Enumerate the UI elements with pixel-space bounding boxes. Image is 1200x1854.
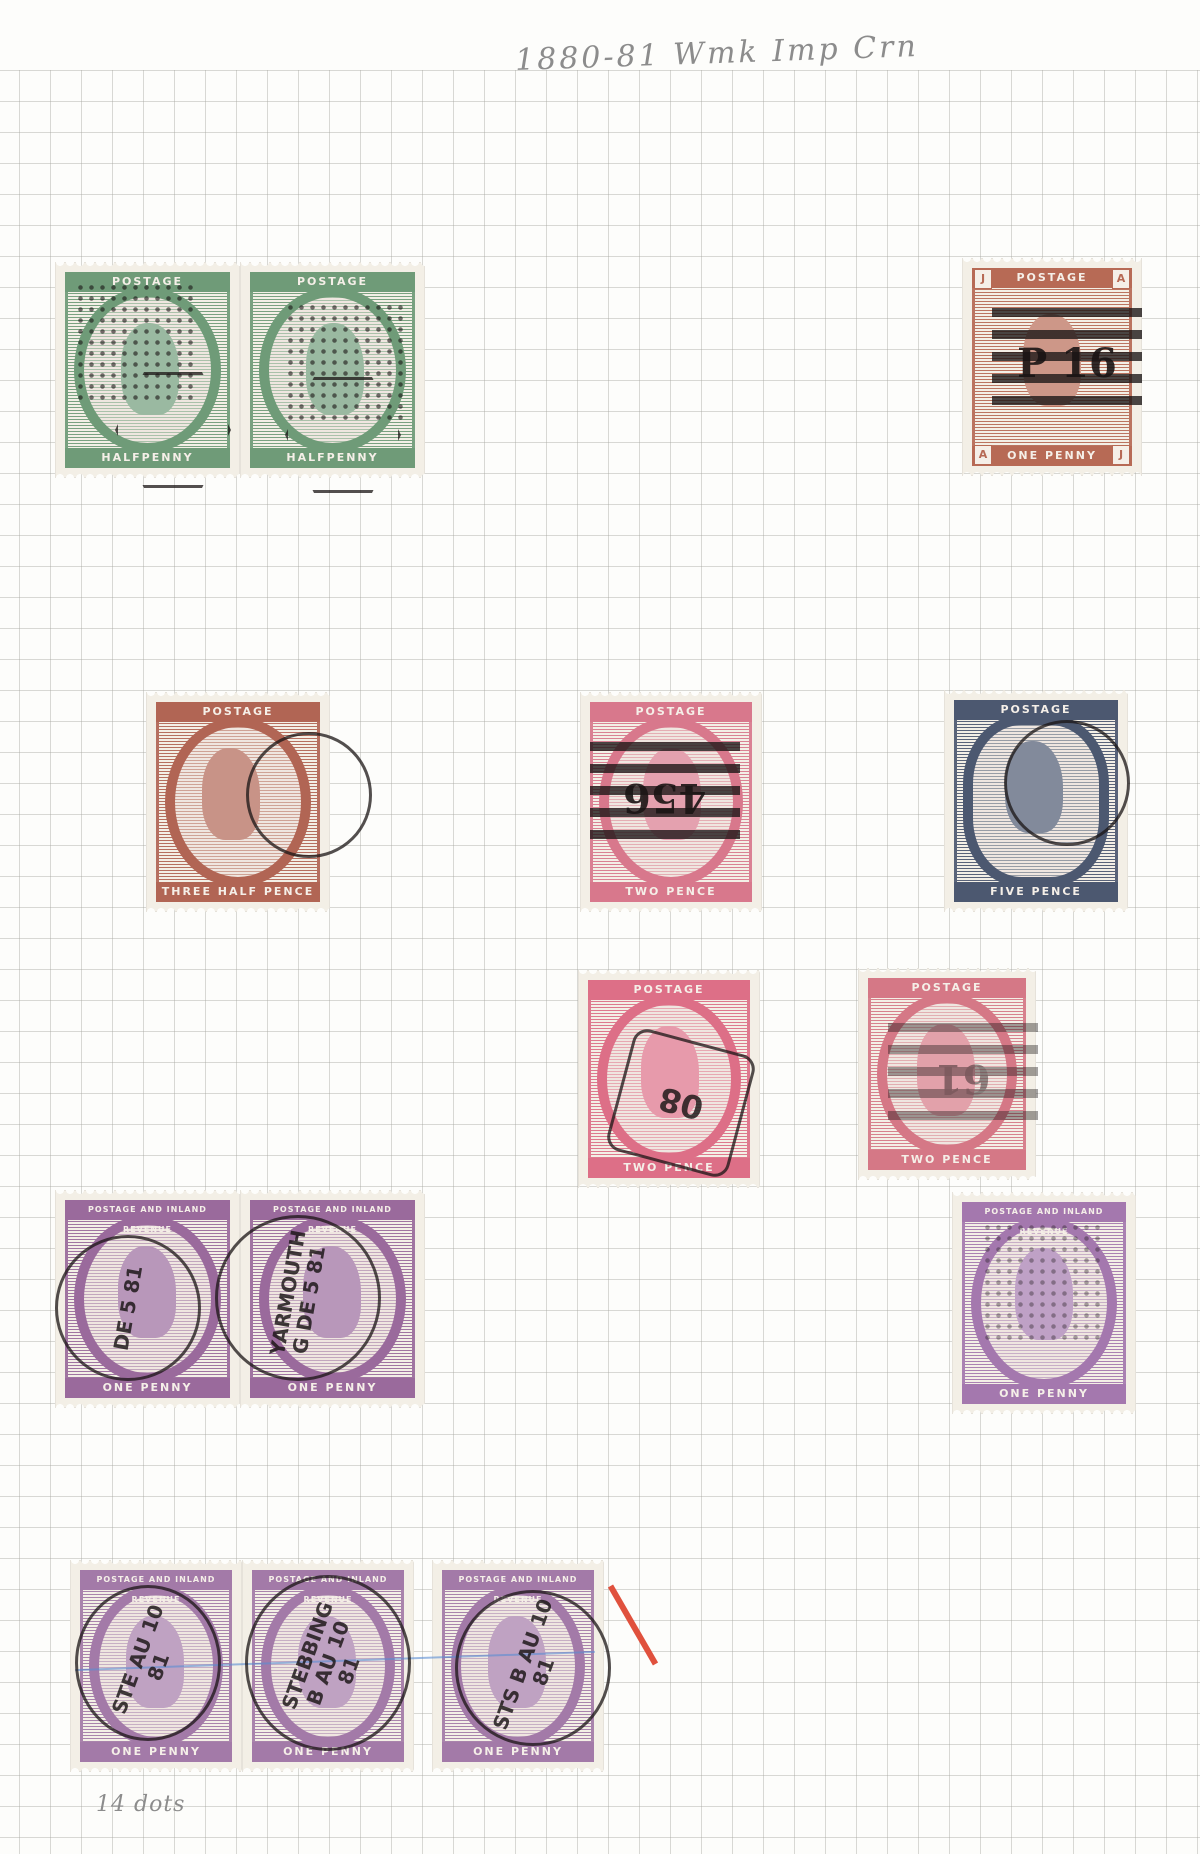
stamp-two-pence: POSTAGE TWO PENCE [858,968,1036,1180]
queen-portrait [202,748,260,840]
queen-portrait [121,323,179,415]
one-penny-lilac-single: POSTAGE AND INLAND REVENUE ONE PENNY [952,1192,1136,1414]
check-letter: A [1112,269,1130,289]
stamp-one-penny-lilac: POSTAGE AND INLAND REVENUE ONE PENNY [55,1190,240,1408]
stamp-five-pence: POSTAGE FIVE PENCE [944,690,1128,912]
queen-portrait [126,1616,184,1708]
halfpenny-pair: POSTAGE HALFPENNY POSTAGE HALFPENNY [55,262,425,478]
queen-portrait [917,1024,975,1116]
queen-portrait [1023,314,1081,406]
queen-portrait [306,323,364,415]
check-letter: J [1112,445,1130,465]
stamp-one-penny-red: POSTAGE ONE PENNY J A A J [962,258,1142,476]
queen-portrait [1005,741,1063,833]
stamp-halfpenny: POSTAGE HALFPENNY [240,262,425,478]
stamp-one-penny-lilac: POSTAGE AND INLAND REVENUE ONE PENNY [240,1190,425,1408]
two-pence-3: POSTAGE TWO PENCE 61 [858,968,1036,1180]
two-pence-1: POSTAGE TWO PENCE 456 [580,692,762,912]
queen-portrait [303,1246,361,1338]
five-pence: POSTAGE FIVE PENCE [944,690,1128,912]
queen-portrait [488,1616,546,1708]
queen-portrait [641,1026,699,1118]
one-penny-venetian-red: POSTAGE ONE PENNY J A A J P 16 [962,258,1142,476]
stamp-two-pence: POSTAGE TWO PENCE [578,970,760,1188]
check-letter: J [974,269,992,289]
stamp-two-pence: POSTAGE TWO PENCE [580,692,762,912]
one-penny-lilac-strip: POSTAGE AND INLAND REVENUE ONE PENNY POS… [70,1560,604,1772]
three-halfpence: POSTAGE THREE HALF PENCE [146,692,330,912]
stamp-one-penny-lilac: POSTAGE AND INLAND REVENUE ONE PENNY [242,1560,414,1772]
stamp-one-penny-lilac: POSTAGE AND INLAND REVENUE ONE PENNY [952,1192,1136,1414]
one-penny-lilac-pair: POSTAGE AND INLAND REVENUE ONE PENNY POS… [55,1190,425,1408]
two-pence-2: POSTAGE TWO PENCE 08 [578,970,760,1188]
queen-portrait [1015,1248,1073,1340]
check-letter: A [974,445,992,465]
stamp-halfpenny: POSTAGE HALFPENNY [55,262,240,478]
queen-portrait [118,1246,176,1338]
handwritten-note: 14 dots [96,1792,185,1817]
stamp-three-halfpence: POSTAGE THREE HALF PENCE [146,692,330,912]
queen-portrait [643,748,701,840]
stamp-one-penny-lilac: POSTAGE AND INLAND REVENUE ONE PENNY [432,1560,604,1772]
